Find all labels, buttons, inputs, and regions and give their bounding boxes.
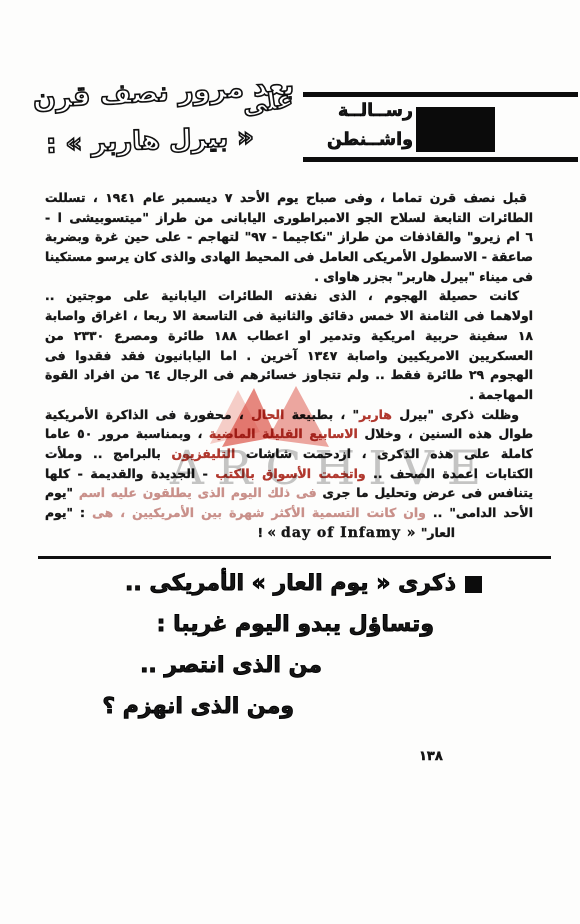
body-line: وظلت ذكرى "بيرل هاربر" ، بطبيعة الحال ، … [45,405,533,425]
masthead-title: رســالــة واشــنطن [303,97,413,155]
text-segment: واتخمت الأسواق بالكتب [215,466,365,481]
masthead-rule-bottom [303,157,578,162]
body-line: ٦ ام زيرو" والقاذفات من طراز "نكاجيما - … [45,227,533,247]
masthead-title-line-2: واشــنطن [303,126,413,155]
text-segment: " ، بطبيعة [284,407,359,422]
heading-line-1-text: ذكرى « يوم العار » الأمريكى .. [125,571,456,596]
text-segment: العار" [417,525,455,540]
text-segment: الحال [251,407,284,422]
text-segment: الأحد الدامى" .. [426,505,533,520]
text-segment: هاربر [359,407,392,422]
body-line-day-of-infamy: العار" « day of Infamy » ! [45,523,533,543]
text-segment: فى ذلك اليوم الذى يطلقون عليه اسم [79,485,317,500]
masthead-title-line-1: رســالــة [303,97,413,126]
text-segment: وان كانت التسمية الأكثر شهرة بين الأمريك… [92,505,426,520]
text-segment: « day of Infamy » [267,525,416,541]
text-segment: بالبرامج .. وملأت [45,446,172,461]
body-line: الأحد الدامى" .. وان كانت التسمية الأكثر… [45,503,533,523]
body-line: الطائرات التابعة لسلاح الجو الامبراطورى … [45,208,533,228]
body-text-column: قبل نصف قرن تماما ، وفى صباح يوم الأحد ٧… [45,188,533,542]
masthead-logo-box [416,107,495,152]
body-line: فى ميناء "بيرل هاربر" بجزر هاواى . [45,267,533,287]
body-line: كاملة على هذه الذكرى ، ازدحمت شاشات التل… [45,444,533,464]
text-segment: ! [257,525,267,540]
text-segment: يتنافس فى عرض وتحليل ما جرى [317,485,533,500]
section-divider-rule [38,556,551,559]
chapter-title: بعد مرور نصف قرن على « بيرل هاربر » : [46,70,294,156]
text-segment: ، وبمناسبة مرور ٥٠ عاما [45,426,209,441]
heading-line-2: وتساؤل يبدو اليوم غريبا : [0,611,580,638]
text-segment: : "يوم [45,505,92,520]
body-line: المهاجمة . [45,385,533,405]
square-bullet-icon [465,576,482,593]
body-line: صاعقة - الاسطول الأمريكى العامل فى المحي… [45,247,533,267]
heading-block: ذكرى « يوم العار » الأمريكى .. وتساؤل يب… [0,570,580,734]
text-segment: الكتابات اعمدة الصحف .. [366,466,533,481]
body-line: ١٨ سفينة حربية امريكية وتدمير او اعطاب ١… [45,326,533,346]
text-segment: ، محفورة فى الذاكرة الأمريكية [45,407,251,422]
chapter-title-line-3: « بيرل هاربر » : [46,122,255,159]
text-segment: التليفزيون [172,446,236,461]
body-line: الهجوم ٢٩ طائرة فقط .. ولم تتجاوز خسائره… [45,365,533,385]
text-segment: الاسابيع القليلة الماضية [209,426,358,441]
heading-line-3: من الذى انتصر .. [0,652,580,679]
body-line: الكتابات اعمدة الصحف .. واتخمت الأسواق ب… [45,464,533,484]
heading-line-4: ومن الذى انهزم ؟ [0,693,580,720]
heading-line-1: ذكرى « يوم العار » الأمريكى .. [0,570,580,597]
text-segment: طوال هذه السنين ، وخلال [358,426,533,441]
body-line: يتنافس فى عرض وتحليل ما جرى فى ذلك اليوم… [45,483,533,503]
body-line: اولاهما فى الثامنة الا خمس دقائق والثاني… [45,306,533,326]
text-segment: "يوم [45,485,79,500]
body-line: طوال هذه السنين ، وخلال الاسابيع القليلة… [45,424,533,444]
text-segment: - الجديدة والقديمة - كلها [45,466,215,481]
body-line: قبل نصف قرن تماما ، وفى صباح يوم الأحد ٧… [45,188,533,208]
page-number: ١٣٨ [419,749,443,764]
body-line: العسكريين الامريكيين واصابة ١٣٤٧ آخرين .… [45,346,533,366]
scanned-book-page: بعد مرور نصف قرن على « بيرل هاربر » : رس… [0,0,580,924]
text-segment: وظلت ذكرى "بيرل [392,407,519,422]
body-line: كانت حصيلة الهجوم ، الذى نفذته الطائرات … [45,286,533,306]
text-segment: كاملة على هذه الذكرى ، ازدحمت شاشات [235,446,533,461]
